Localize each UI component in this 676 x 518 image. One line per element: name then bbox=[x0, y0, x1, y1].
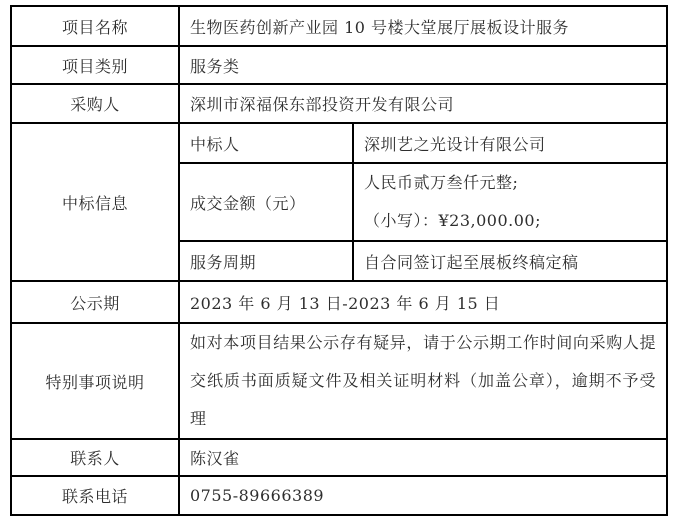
bid-amount-value: 人民币贰万叁仟元整; （小写）：¥23,000.00; bbox=[353, 163, 667, 241]
special-notes-value: 如对本项目结果公示存有疑异，请于公示期工作时间向采购人提交纸质书面质疑文件及相关… bbox=[179, 323, 667, 439]
page-container: 项目名称 生物医药创新产业园 10 号楼大堂展厅展板设计服务 项目类别 服务类 … bbox=[0, 0, 676, 518]
project-category-value: 服务类 bbox=[179, 46, 667, 84]
special-notes-label: 特别事项说明 bbox=[11, 323, 179, 439]
bid-period-label: 服务周期 bbox=[179, 241, 353, 281]
row-contact-phone: 联系电话 0755-89666389 bbox=[11, 476, 667, 515]
row-bid-winner: 中标信息 中标人 深圳艺之光设计有限公司 bbox=[11, 123, 667, 163]
row-special-notes: 特别事项说明 如对本项目结果公示存有疑异，请于公示期工作时间向采购人提交纸质书面… bbox=[11, 323, 667, 439]
row-contact-person: 联系人 陈汉雀 bbox=[11, 439, 667, 476]
bid-period-value: 自合同签订起至展板终稿定稿 bbox=[353, 241, 667, 281]
bid-section-label: 中标信息 bbox=[11, 123, 179, 281]
bid-amount-words: 人民币贰万叁仟元整; bbox=[364, 164, 656, 202]
contact-person-label: 联系人 bbox=[11, 439, 179, 476]
bid-amount-label: 成交金额（元） bbox=[179, 163, 353, 241]
publicity-period-value: 2023 年 6 月 13 日-2023 年 6 月 15 日 bbox=[179, 281, 667, 323]
publicity-period-label: 公示期 bbox=[11, 281, 179, 323]
project-category-label: 项目类别 bbox=[11, 46, 179, 84]
project-name-value: 生物医药创新产业园 10 号楼大堂展厅展板设计服务 bbox=[179, 6, 667, 46]
row-publicity-period: 公示期 2023 年 6 月 13 日-2023 年 6 月 15 日 bbox=[11, 281, 667, 323]
special-notes-text: 如对本项目结果公示存有疑异，请于公示期工作时间向采购人提交纸质书面质疑文件及相关… bbox=[190, 324, 656, 438]
row-project-category: 项目类别 服务类 bbox=[11, 46, 667, 84]
procurement-result-table: 项目名称 生物医药创新产业园 10 号楼大堂展厅展板设计服务 项目类别 服务类 … bbox=[10, 5, 668, 516]
purchaser-label: 采购人 bbox=[11, 84, 179, 123]
contact-phone-value: 0755-89666389 bbox=[179, 476, 667, 515]
bid-winner-value: 深圳艺之光设计有限公司 bbox=[353, 123, 667, 163]
row-project-name: 项目名称 生物医药创新产业园 10 号楼大堂展厅展板设计服务 bbox=[11, 6, 667, 46]
purchaser-value: 深圳市深福保东部投资开发有限公司 bbox=[179, 84, 667, 123]
contact-phone-label: 联系电话 bbox=[11, 476, 179, 515]
project-name-label: 项目名称 bbox=[11, 6, 179, 46]
contact-person-value: 陈汉雀 bbox=[179, 439, 667, 476]
bid-amount-figures: （小写）：¥23,000.00; bbox=[364, 202, 656, 240]
bid-winner-label: 中标人 bbox=[179, 123, 353, 163]
row-purchaser: 采购人 深圳市深福保东部投资开发有限公司 bbox=[11, 84, 667, 123]
